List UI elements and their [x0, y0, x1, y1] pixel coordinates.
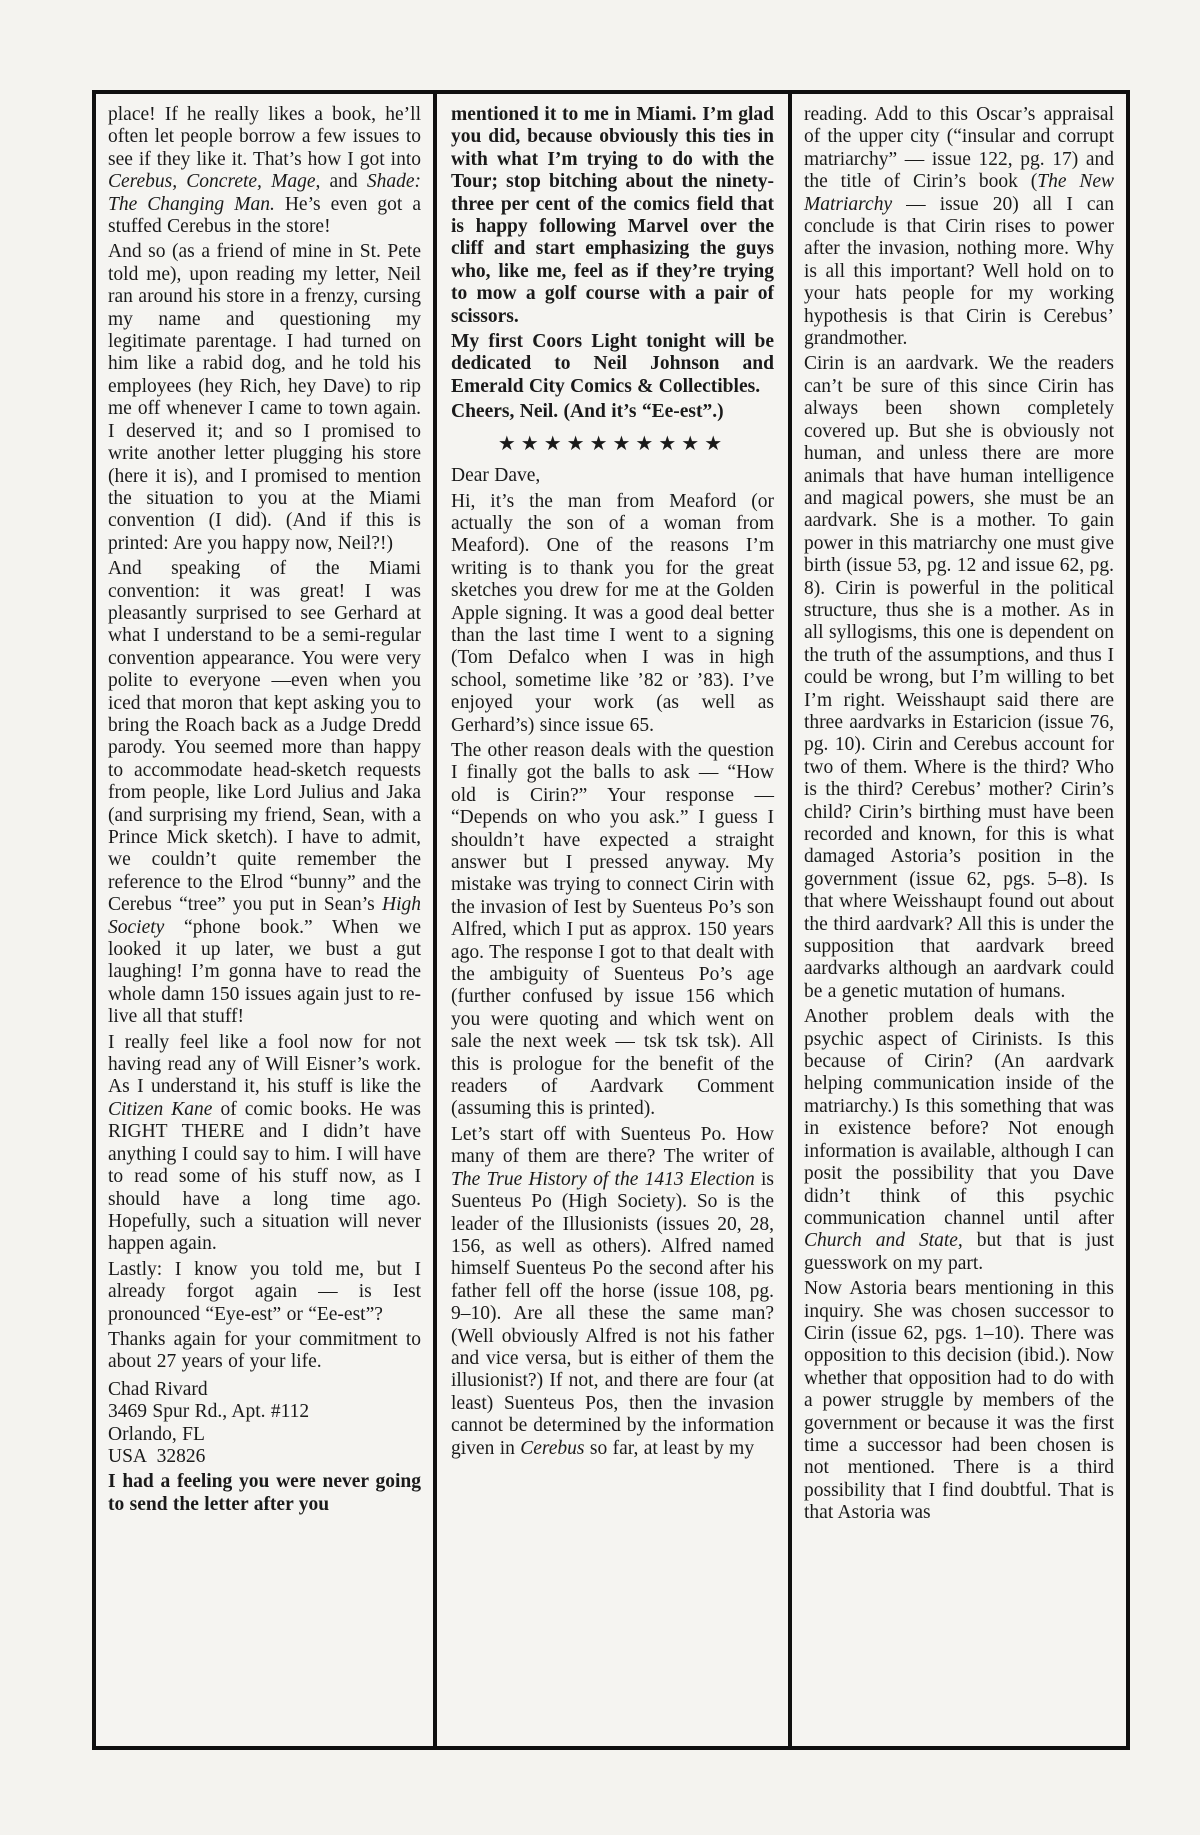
- text-run: mentioned it to me in Miami. I’m glad yo…: [451, 104, 774, 327]
- star-icon-row: ★★★★★★★★★★: [498, 433, 727, 455]
- text-run: — issue 20) all I can conclude is that C…: [804, 194, 1114, 349]
- text-run: Cerebus: [520, 1438, 584, 1459]
- text-run: Let’s start off with Suenteus Po. How ma…: [451, 1124, 774, 1167]
- text-run: I really feel like a fool now for not ha…: [108, 1032, 421, 1098]
- paragraph: Let’s start off with Suenteus Po. How ma…: [451, 1124, 774, 1460]
- paragraph: And so (as a friend of mine in St. Pete …: [108, 241, 421, 555]
- text-run: Thanks again for your commitment to abou…: [108, 1329, 421, 1372]
- text-run: Cerebus, Concrete, Mage,: [108, 171, 320, 192]
- paragraph: Lastly: I know you told me, but I alread…: [108, 1259, 421, 1326]
- text-run: is Suenteus Po (High Society). So is the…: [451, 1169, 774, 1459]
- letters-page: place! If he really likes a book, he’ll …: [92, 90, 1130, 1750]
- text-run: Citizen Kane: [108, 1099, 212, 1120]
- text-run: And so (as a friend of mine in St. Pete …: [108, 241, 421, 553]
- text-run: Now Astoria bears mentioning in this inq…: [804, 1278, 1114, 1523]
- text-run: Lastly: I know you told me, but I alread…: [108, 1259, 421, 1325]
- paragraph: I really feel like a fool now for not ha…: [108, 1032, 421, 1256]
- text-run: Cirin is an aardvark. We the readers can…: [804, 353, 1114, 1001]
- paragraph: Hi, it’s the man from Meaford (or actual…: [451, 491, 774, 737]
- paragraph: Cirin is an aardvark. We the readers can…: [804, 353, 1114, 1003]
- text-run: place! If he really likes a book, he’ll …: [108, 104, 421, 170]
- text-run: and: [320, 171, 366, 192]
- text-run: The other reason deals with the question…: [451, 740, 774, 1120]
- text-run: Cheers, Neil. (And it’s “Ee-est”.): [451, 401, 724, 422]
- column-left: place! If he really likes a book, he’ll …: [92, 90, 437, 1750]
- text-run: Dear Dave,: [451, 465, 540, 486]
- column-middle: mentioned it to me in Miami. I’m glad yo…: [437, 90, 788, 1750]
- text-run: Another problem deals with the psychic a…: [804, 1006, 1114, 1229]
- star-separator: ★★★★★★★★★★: [451, 433, 774, 455]
- paragraph: Dear Dave,: [451, 465, 774, 487]
- paragraph: mentioned it to me in Miami. I’m glad yo…: [451, 104, 774, 328]
- paragraph: The other reason deals with the question…: [451, 740, 774, 1121]
- text-run: of comic books. He was RIGHT THERE and I…: [108, 1099, 421, 1254]
- text-run: so far, at least by my: [585, 1438, 755, 1459]
- text-run: Church and State,: [804, 1230, 963, 1251]
- paragraph: Another problem deals with the psychic a…: [804, 1006, 1114, 1275]
- paragraph: And speaking of the Miami convention: it…: [108, 558, 421, 1029]
- column-right: reading. Add to this Oscar’s appraisal o…: [788, 90, 1130, 1750]
- paragraph: My first Coors Light tonight will be ded…: [451, 331, 774, 398]
- text-run: My first Coors Light tonight will be ded…: [451, 331, 774, 397]
- paragraph: Chad Rivard 3469 Spur Rd., Apt. #112 Orl…: [108, 1379, 421, 1469]
- text-run: I had a feeling you were never going to …: [108, 1471, 421, 1514]
- paragraph: I had a feeling you were never going to …: [108, 1471, 421, 1516]
- paragraph: Now Astoria bears mentioning in this inq…: [804, 1278, 1114, 1524]
- paragraph: place! If he really likes a book, he’ll …: [108, 104, 421, 238]
- text-run: The True History of the 1413 Election: [451, 1169, 755, 1190]
- text-run: And speaking of the Miami convention: it…: [108, 558, 421, 915]
- text-run: Chad Rivard 3469 Spur Rd., Apt. #112 Orl…: [108, 1379, 309, 1467]
- text-run: Hi, it’s the man from Meaford (or actual…: [451, 491, 774, 736]
- paragraph: Cheers, Neil. (And it’s “Ee-est”.): [451, 401, 774, 423]
- paragraph: Thanks again for your commitment to abou…: [108, 1329, 421, 1374]
- paragraph: reading. Add to this Oscar’s appraisal o…: [804, 104, 1114, 350]
